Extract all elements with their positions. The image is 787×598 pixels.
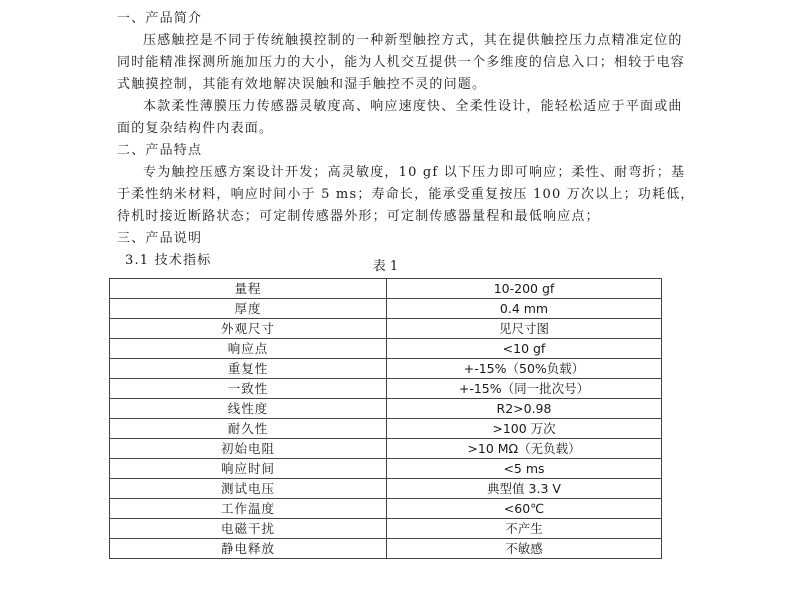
section-heading-features: 二、产品特点 xyxy=(117,140,669,162)
section-heading-description: 三、产品说明 xyxy=(117,228,669,250)
spec-name: 初始电阻 xyxy=(110,439,387,459)
spec-name: 一致性 xyxy=(110,379,387,399)
table-row: 初始电阻>10 MΩ（无负载） xyxy=(110,439,662,459)
spec-value: +-15%（50%负载） xyxy=(387,359,662,379)
spec-name: 厚度 xyxy=(110,299,387,319)
paragraph-line: 压感触控是不同于传统触摸控制的一种新型触控方式，其在提供触控压力点精准定位的 xyxy=(117,30,669,52)
table-row: 耐久性>100 万次 xyxy=(110,419,662,439)
document-body: 一、产品简介 压感触控是不同于传统触摸控制的一种新型触控方式，其在提供触控压力点… xyxy=(117,8,669,272)
table-row: 工作温度<60℃ xyxy=(110,499,662,519)
spec-value: >10 MΩ（无负载） xyxy=(387,439,662,459)
spec-value: 10-200 gf xyxy=(387,279,662,299)
spec-value: 0.4 mm xyxy=(387,299,662,319)
table-row: 厚度0.4 mm xyxy=(110,299,662,319)
paragraph-line: 专为触控压感方案设计开发；高灵敏度，10 gf 以下压力即可响应；柔性、耐弯折；… xyxy=(117,162,669,184)
table-row: 外观尺寸见尺寸图 xyxy=(110,319,662,339)
paragraph-line: 待机时接近断路状态；可定制传感器外形；可定制传感器量程和最低响应点； xyxy=(117,206,669,228)
paragraph-line: 面的复杂结构件内表面。 xyxy=(117,118,669,140)
spec-name: 静电释放 xyxy=(110,539,387,559)
table-row: 线性度R2>0.98 xyxy=(110,399,662,419)
table-row: 测试电压典型值 3.3 V xyxy=(110,479,662,499)
spec-value: 不敏感 xyxy=(387,539,662,559)
spec-name: 测试电压 xyxy=(110,479,387,499)
paragraph-line: 于柔性纳米材料，响应时间小于 5 ms；寿命长，能承受重复按压 100 万次以上… xyxy=(117,184,669,206)
spec-value: <60℃ xyxy=(387,499,662,519)
table-row: 响应点<10 gf xyxy=(110,339,662,359)
table-row: 量程10-200 gf xyxy=(110,279,662,299)
paragraph-line: 本款柔性薄膜压力传感器灵敏度高、响应速度快、全柔性设计，能轻松适应于平面或曲 xyxy=(117,96,669,118)
spec-value: >100 万次 xyxy=(387,419,662,439)
section-heading-intro: 一、产品简介 xyxy=(117,8,669,30)
table-row: 一致性+-15%（同一批次号） xyxy=(110,379,662,399)
spec-name: 线性度 xyxy=(110,399,387,419)
spec-name: 重复性 xyxy=(110,359,387,379)
spec-value: 典型值 3.3 V xyxy=(387,479,662,499)
spec-value: 见尺寸图 xyxy=(387,319,662,339)
paragraph-line: 同时能精准探测所施加压力的大小，能为人机交互提供一个多维度的信息入口；相较于电容 xyxy=(117,52,669,74)
spec-value: <5 ms xyxy=(387,459,662,479)
spec-table: 量程10-200 gf 厚度0.4 mm 外观尺寸见尺寸图 响应点<10 gf … xyxy=(109,278,662,559)
table-row: 重复性+-15%（50%负载） xyxy=(110,359,662,379)
spec-value: +-15%（同一批次号） xyxy=(387,379,662,399)
spec-name: 量程 xyxy=(110,279,387,299)
spec-name: 外观尺寸 xyxy=(110,319,387,339)
paragraph-line: 式触摸控制，其能有效地解决误触和湿手触控不灵的问题。 xyxy=(117,74,669,96)
spec-value: <10 gf xyxy=(387,339,662,359)
spec-name: 工作温度 xyxy=(110,499,387,519)
table-row: 响应时间<5 ms xyxy=(110,459,662,479)
spec-value: 不产生 xyxy=(387,519,662,539)
table-row: 静电释放不敏感 xyxy=(110,539,662,559)
spec-name: 耐久性 xyxy=(110,419,387,439)
spec-name: 响应时间 xyxy=(110,459,387,479)
spec-value: R2>0.98 xyxy=(387,399,662,419)
spec-name: 响应点 xyxy=(110,339,387,359)
table-row: 电磁干扰不产生 xyxy=(110,519,662,539)
table-caption: 表 1 xyxy=(109,257,662,277)
spec-name: 电磁干扰 xyxy=(110,519,387,539)
